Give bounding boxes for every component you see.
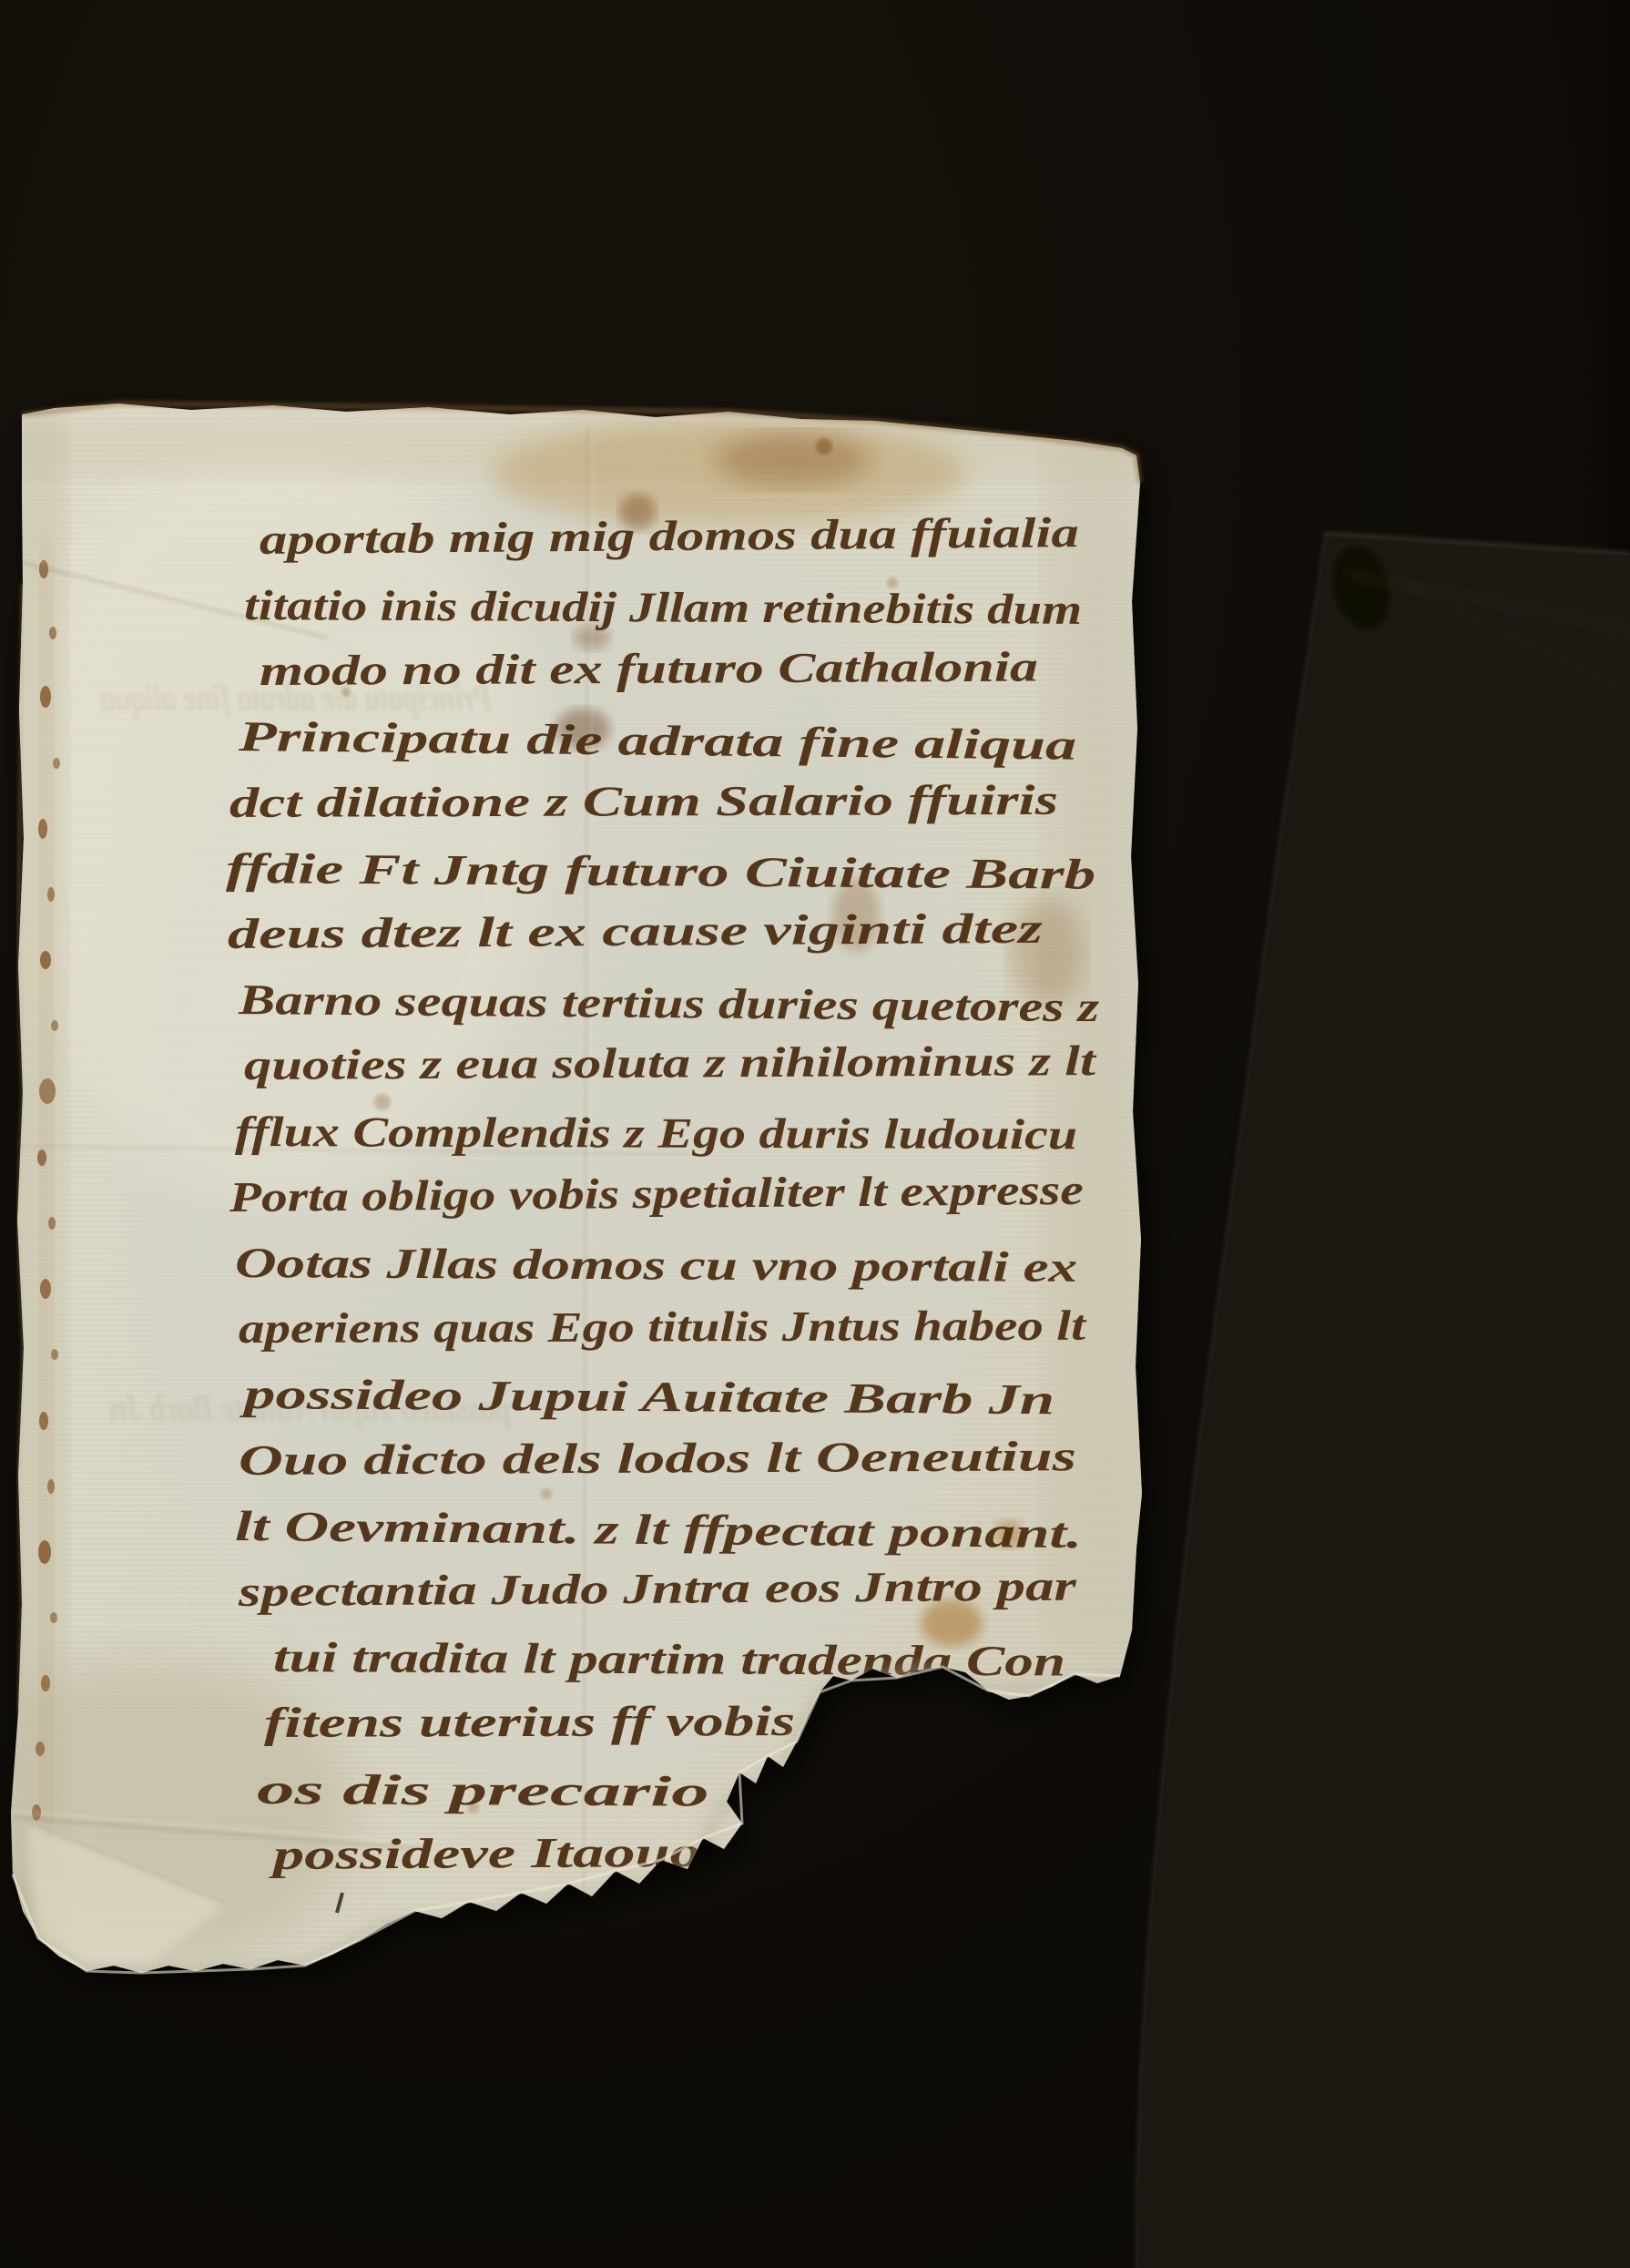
- manuscript-line-14: possideo Jupui Auitate Barb Jn: [239, 1371, 1054, 1424]
- manuscript-line-13: aperiens quas Ego titulis Jntus habeo lt: [239, 1303, 1088, 1353]
- manuscript-line-11: Porta obligo vobis spetialiter lt expres…: [228, 1167, 1084, 1221]
- manuscript-photo-canvas: Principatu die adrata fine aliqua possid…: [0, 0, 1630, 2268]
- manuscript-line-17: spectantia Judo Jntra eos Jntro par: [237, 1563, 1077, 1616]
- manuscript-line-19: fitens uterius ff vobis e: [264, 1698, 838, 1747]
- manuscript-line-5: dct dilatione z Cum Salario ffuiris: [229, 777, 1058, 827]
- manuscript-line-21: possideve Itaouo: [268, 1829, 701, 1879]
- manuscript-line-9: quoties z eua soluta z nihilominus z lt: [244, 1037, 1098, 1089]
- manuscript-line-3: modo no dit ex futuro Cathalonia: [260, 644, 1038, 695]
- manuscript-line-12: Ootas Jllas domos cu vno portali ex: [235, 1240, 1077, 1292]
- manuscript-line-8: Barno sequas tertius duries quetores z: [238, 976, 1101, 1031]
- manuscript-line-4: Principatu die adrata fine aliqua: [237, 713, 1076, 770]
- manuscript-line-7: deus dtez lt ex cause viginti dtez: [228, 905, 1044, 958]
- manuscript-line-16: lt Oevminant. z lt ffpectat ponant.: [235, 1503, 1082, 1558]
- manuscript-line-10: fflux Complendis z Ego duris ludouicu: [235, 1108, 1077, 1159]
- manuscript-line-2: titatio inis dicudij Jllam retinebitis d…: [244, 582, 1082, 634]
- manuscript-line-6: ffdie Ft Jntg futuro Ciuitate Barb: [226, 845, 1095, 899]
- manuscript-line-1: aportab mig mig domos dua ffuialia: [260, 509, 1079, 564]
- manuscript-photograph: Principatu die adrata fine aliqua possid…: [0, 0, 1630, 2268]
- manuscript-line-15: Ouo dicto dels lodos lt Oeneutius: [239, 1433, 1076, 1485]
